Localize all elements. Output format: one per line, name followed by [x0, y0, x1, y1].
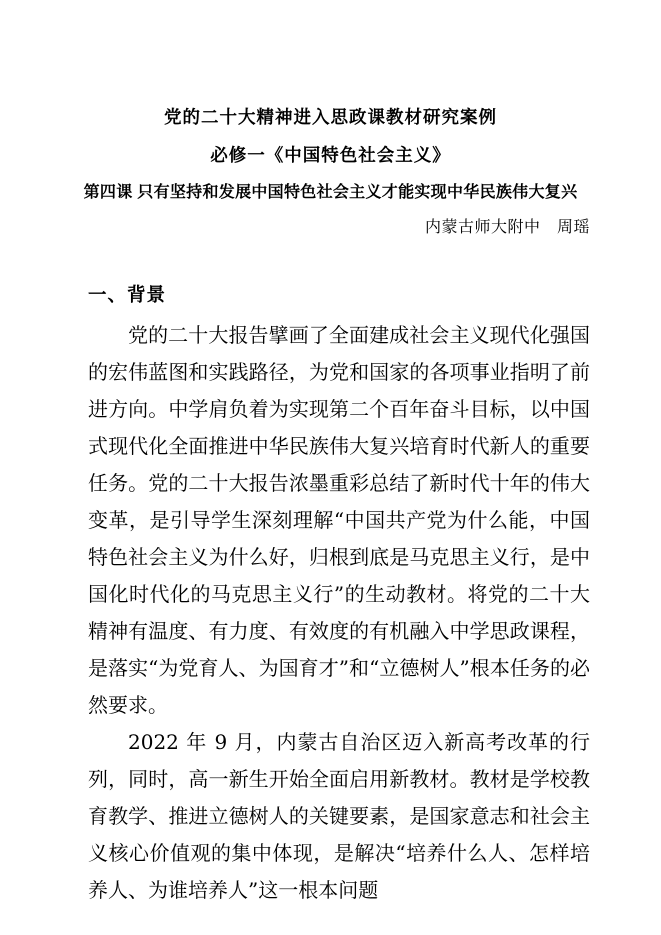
document-subtitle: 必修一《中国特色社会主义》 [0, 144, 661, 166]
section-heading-background: 一、背景 [88, 283, 661, 307]
body-paragraph-1: 党的二十大报告擘画了全面建成社会主义现代化强国的宏伟蓝图和实践路径，为党和国家的… [88, 317, 590, 724]
document-page: 党的二十大精神进入思政课教材研究案例 必修一《中国特色社会主义》 第四课 只有坚… [0, 0, 661, 935]
document-body: 党的二十大报告擘画了全面建成社会主义现代化强国的宏伟蓝图和实践路径，为党和国家的… [88, 317, 590, 909]
author-line: 内蒙古师大附中 周瑶 [0, 217, 590, 237]
document-title: 党的二十大精神进入思政课教材研究案例 [0, 106, 661, 128]
lesson-heading: 第四课 只有坚持和发展中国特色社会主义才能实现中华民族伟大复兴 [0, 183, 661, 203]
body-paragraph-2: 2022 年 9 月，内蒙古自治区迈入新高考改革的行列，同时，高一新生开始全面启… [88, 724, 590, 909]
